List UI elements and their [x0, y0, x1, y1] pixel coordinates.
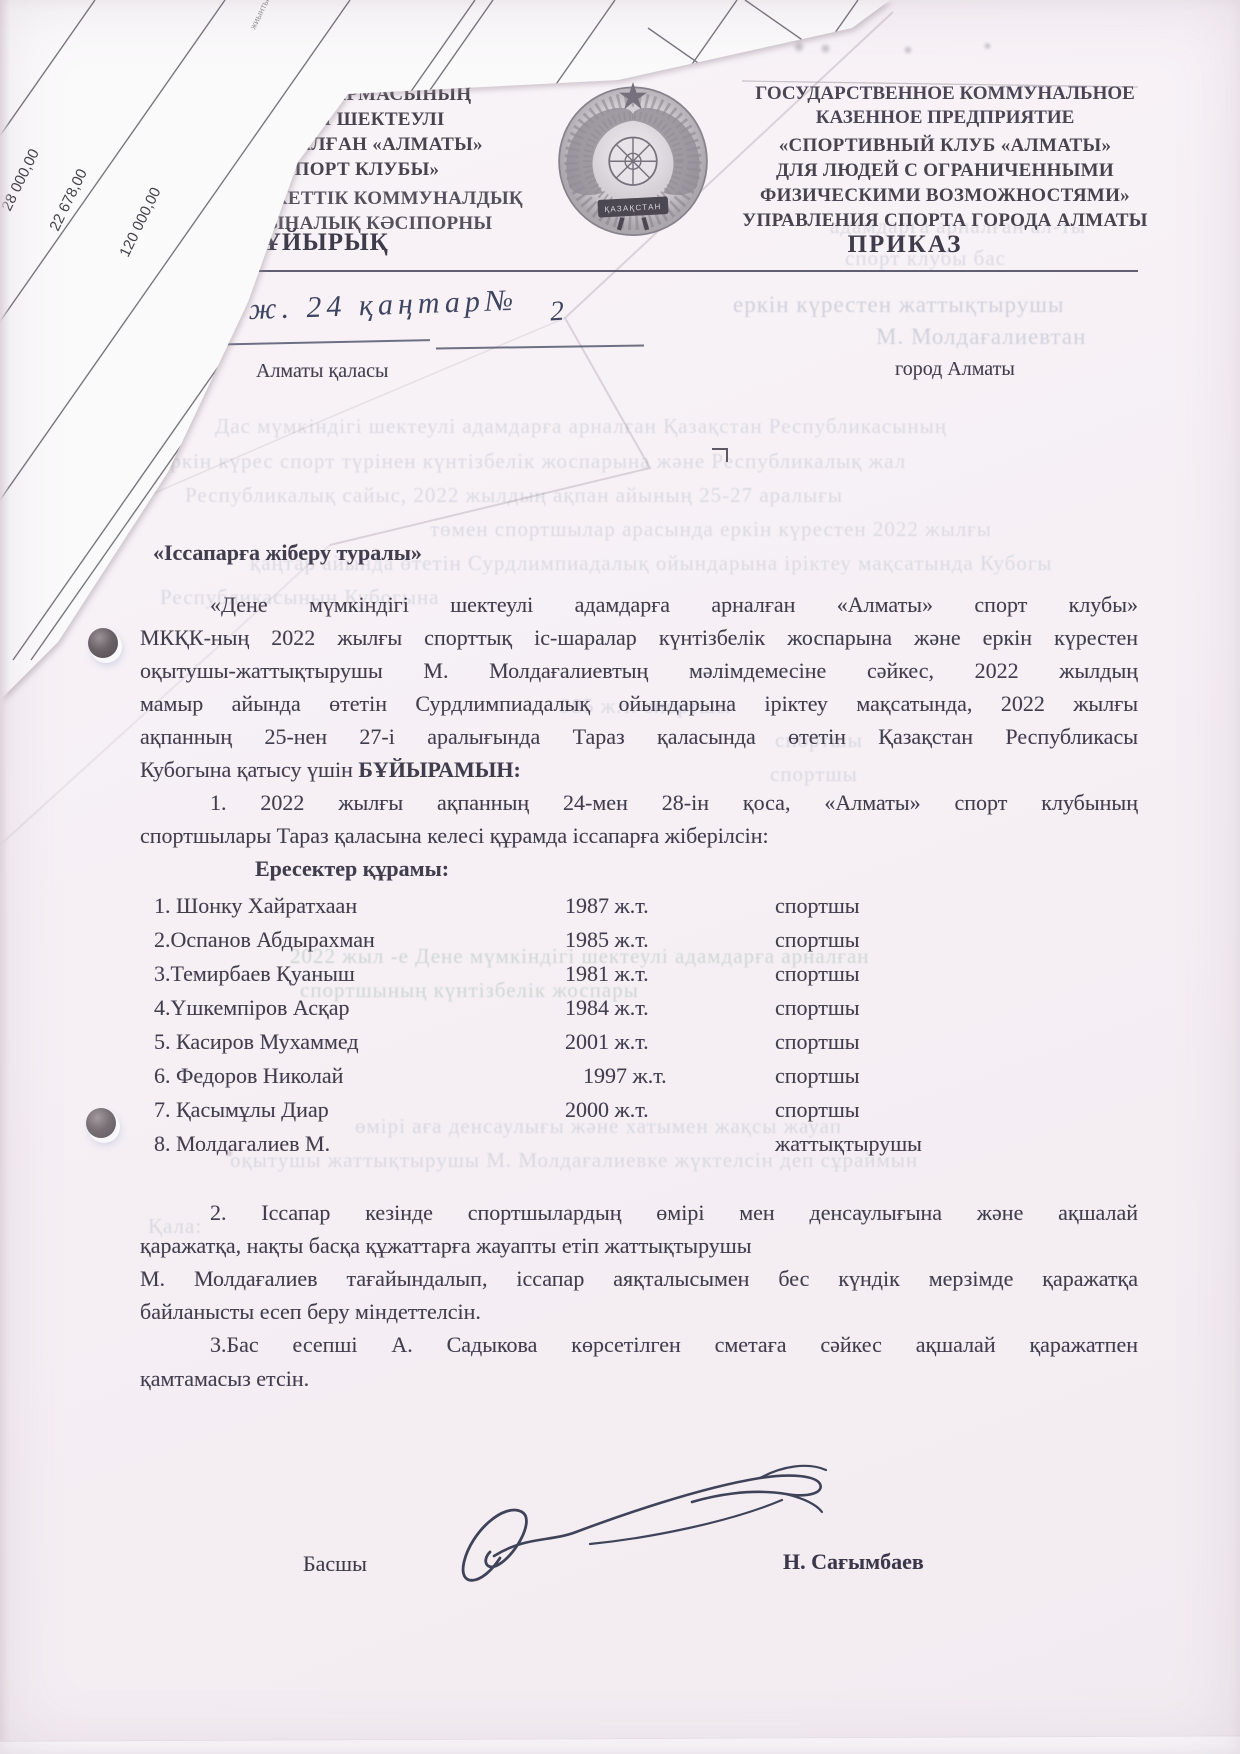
scan-speck: [820, 42, 831, 55]
athlete-year: 2001 ж.т.: [565, 1029, 775, 1055]
scan-left-edge: [0, 0, 10, 1754]
roster-row: 6. Федоров Николай 1997 ж.т. спортшы: [140, 1063, 1150, 1089]
overlapping-invoice-sheet: 28 000,00 22 678,00 120 000,00 жиынтық: [0, 0, 960, 880]
folded-sheet-shape: [0, 0, 890, 700]
body-line: қаражатқа, нақты басқа құжаттарға жауапт…: [140, 1229, 1138, 1262]
signatory-name: Н. Сағымбаев: [783, 1549, 924, 1575]
roster-row: 4.Үшкемпіров Асқар 1984 ж.т. спортшы: [140, 995, 1150, 1021]
athlete-role: спортшы: [775, 961, 1150, 987]
athlete-year: 1981 ж.т.: [565, 961, 775, 987]
athlete-name: 1. Шонку Хайратхаан: [140, 893, 565, 919]
athlete-year: 1987 ж.т.: [565, 893, 775, 919]
athlete-role: спортшы: [775, 1097, 1150, 1123]
scan-speck: [983, 42, 992, 50]
athlete-year: [565, 1131, 775, 1157]
athlete-name: 4.Үшкемпіров Асқар: [140, 995, 565, 1021]
body-line: 3.Бас есепші А. Садыкова көрсетілген сме…: [140, 1328, 1138, 1361]
athlete-year: 2000 ж.т.: [565, 1097, 775, 1123]
athlete-name: 8. Молдагалиев М.: [140, 1131, 565, 1157]
body-line: 2. Іссапар кезінде спортшылардың өмірі м…: [140, 1196, 1138, 1229]
athlete-year: 1997 ж.т.: [565, 1063, 775, 1089]
athlete-role: спортшы: [775, 1029, 1150, 1055]
athlete-role: спортшы: [775, 927, 1150, 953]
scanned-order-document: адамдарға арналған ал-ты спорт клубы бас…: [0, 0, 1240, 1754]
scan-speck: [226, 1150, 233, 1157]
roster-row: 8. Молдагалиев М. жаттықтырушы: [140, 1131, 1150, 1157]
scan-speck: [793, 40, 805, 54]
hole-punch: [86, 1108, 116, 1138]
roster-row: 2.Оспанов Абдырахман 1985 ж.т. спортшы: [140, 927, 1150, 953]
athlete-role: спортшы: [775, 1063, 1150, 1089]
scan-bottom-edge: [0, 1735, 1240, 1754]
athlete-name: 6. Федоров Николай: [140, 1063, 565, 1089]
roster-row: 7. Қасымұлы Диар 2000 ж.т. спортшы: [140, 1097, 1150, 1123]
roster-row: 1. Шонку Хайратхаан 1987 ж.т. спортшы: [140, 893, 1150, 919]
athlete-role: спортшы: [775, 995, 1150, 1021]
athlete-name: 2.Оспанов Абдырахман: [140, 927, 565, 953]
scan-speck: [903, 45, 913, 55]
athlete-name: 5. Касиров Мухаммед: [140, 1029, 565, 1055]
handwritten-signature: [430, 1440, 850, 1610]
athlete-year: 1984 ж.т.: [565, 995, 775, 1021]
roster-row: 3.Темирбаев Қуаныш 1981 ж.т. спортшы: [140, 961, 1150, 987]
athlete-name: 7. Қасымұлы Диар: [140, 1097, 565, 1123]
athlete-role: жаттықтырушы: [775, 1131, 1150, 1157]
signatory-title: Басшы: [303, 1551, 367, 1577]
body-line: М. Молдағалиев тағайындалып, іссапар аяқ…: [140, 1262, 1138, 1295]
body-line: байланысты есеп беру міндеттелсін.: [140, 1295, 1138, 1328]
athlete-role: спортшы: [775, 893, 1150, 919]
roster-row: 5. Касиров Мухаммед 2001 ж.т. спортшы: [140, 1029, 1150, 1055]
athlete-name: 3.Темирбаев Қуаныш: [140, 961, 565, 987]
body-line: қамтамасыз етсін.: [140, 1362, 1138, 1395]
athlete-year: 1985 ж.т.: [565, 927, 775, 953]
